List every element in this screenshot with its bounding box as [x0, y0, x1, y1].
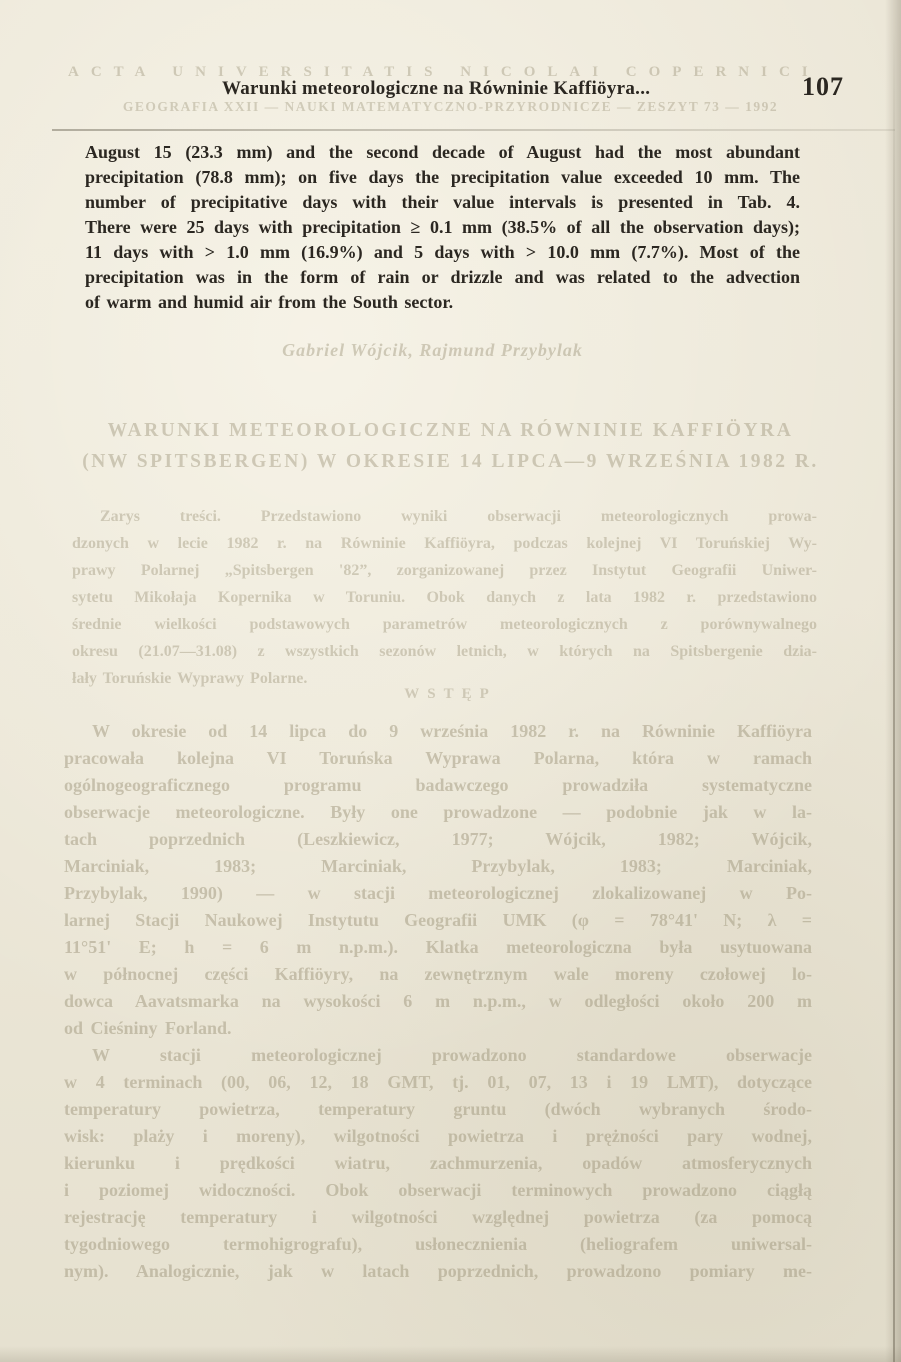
bleedthrough-body-line: tach poprzednich (Leszkiewicz, 1977; Wój…: [64, 826, 812, 853]
bleedthrough-abstract-line: okresu (21.07—31.08) z wszystkich sezonó…: [72, 638, 817, 665]
running-header: Warunki meteorologiczne na Równinie Kaff…: [222, 78, 650, 100]
bleedthrough-authors: Gabriel Wójcik, Rajmund Przybylak: [0, 340, 883, 361]
bleedthrough-body-line: rejestrację temperatury i wilgotności wz…: [64, 1204, 812, 1231]
bleedthrough-series-line: GEOGRAFIA XXII — NAUKI MATEMATYCZNO-PRZY…: [0, 99, 901, 115]
bleedthrough-body-line: ogólnogeograficznego programu badawczego…: [64, 772, 812, 799]
body-line: 11 days with > 1.0 mm (16.9%) and 5 days…: [85, 240, 800, 265]
body-line: of warm and humid air from the South sec…: [85, 290, 800, 315]
bleedthrough-body-line: nym). Analogicznie, jak w latach poprzed…: [64, 1258, 812, 1285]
page-edge-line: [893, 30, 895, 1362]
bleedthrough-section-heading: WSTĘP: [0, 686, 901, 703]
bleedthrough-body-line: tygodniowego termohigrografu), usłoneczn…: [64, 1231, 812, 1258]
body-line: August 15 (23.3 mm) and the second decad…: [85, 140, 800, 165]
bleedthrough-body-line: od Cieśniny Forland.: [64, 1015, 812, 1042]
bleedthrough-body-line: 11°51' E; h = 6 m n.p.m.). Klatka meteor…: [64, 934, 812, 961]
bleedthrough-abstract-line: Zarys treści. Przedstawiono wyniki obser…: [72, 503, 817, 530]
body-line: number of precipitative days with their …: [85, 190, 800, 215]
bleedthrough-body-line: i poziomej widoczności. Obok obserwacji …: [64, 1177, 812, 1204]
scanned-paper-page: { "page": { "running_header": "Warunki m…: [0, 0, 901, 1362]
bleedthrough-article-title-line2: (NW SPITSBERGEN) W OKRESIE 14 LIPCA—9 WR…: [0, 451, 901, 473]
bleedthrough-abstract-line: średnie wielkości podstawowych parametró…: [72, 611, 817, 638]
bleedthrough-article-title-line1: WARUNKI METEOROLOGICZNE NA RÓWNINIE KAFF…: [0, 420, 901, 442]
bleedthrough-body-line: dowca Aavatsmarka na wysokości 6 m n.p.m…: [64, 988, 812, 1015]
page-number: 107: [802, 72, 844, 102]
bleedthrough-body-line: Przybylak, 1990) — w stacji meteorologic…: [64, 880, 812, 907]
bleedthrough-body-line: w północnej części Kaffiöyry, na zewnętr…: [64, 961, 812, 988]
bleedthrough-body-line: obserwacje meteorologiczne. Były one pro…: [64, 799, 812, 826]
bleedthrough-body-line: kierunku i prędkości wiatru, zachmurzeni…: [64, 1150, 812, 1177]
bleedthrough-body-line: wisk: plaży i moreny), wilgotności powie…: [64, 1123, 812, 1150]
bleedthrough-body-line: w 4 terminach (00, 06, 12, 18 GMT, tj. 0…: [64, 1069, 812, 1096]
bleedthrough-abstract-line: prawy Polarnej „Spitsbergen '82”, zorgan…: [72, 557, 817, 584]
page-edge-shadow-bottom: [0, 1346, 901, 1362]
header-rule: [52, 129, 895, 131]
bleedthrough-abstract-line: sytetu Mikołaja Kopernika w Toruniu. Obo…: [72, 584, 817, 611]
bleedthrough-body-line: pracowała kolejna VI Toruńska Wyprawa Po…: [64, 745, 812, 772]
bleedthrough-body-line: W stacji meteorologicznej prowadzono sta…: [64, 1042, 812, 1069]
bleedthrough-body-line: temperatury powietrza, temperatury grunt…: [64, 1096, 812, 1123]
body-line: precipitation (78.8 mm); on five days th…: [85, 165, 800, 190]
bleedthrough-body-line: W okresie od 14 lipca do 9 września 1982…: [64, 718, 812, 745]
body-line: precipitation was in the form of rain or…: [85, 265, 800, 290]
bleedthrough-body-line: Marciniak, 1983; Marciniak, Przybylak, 1…: [64, 853, 812, 880]
body-line: There were 25 days with precipitation ≥ …: [85, 215, 800, 240]
bleedthrough-abstract-line: dzonych w lecie 1982 r. na Równinie Kaff…: [72, 530, 817, 557]
bleedthrough-body-line: larnej Stacji Naukowej Instytutu Geograf…: [64, 907, 812, 934]
